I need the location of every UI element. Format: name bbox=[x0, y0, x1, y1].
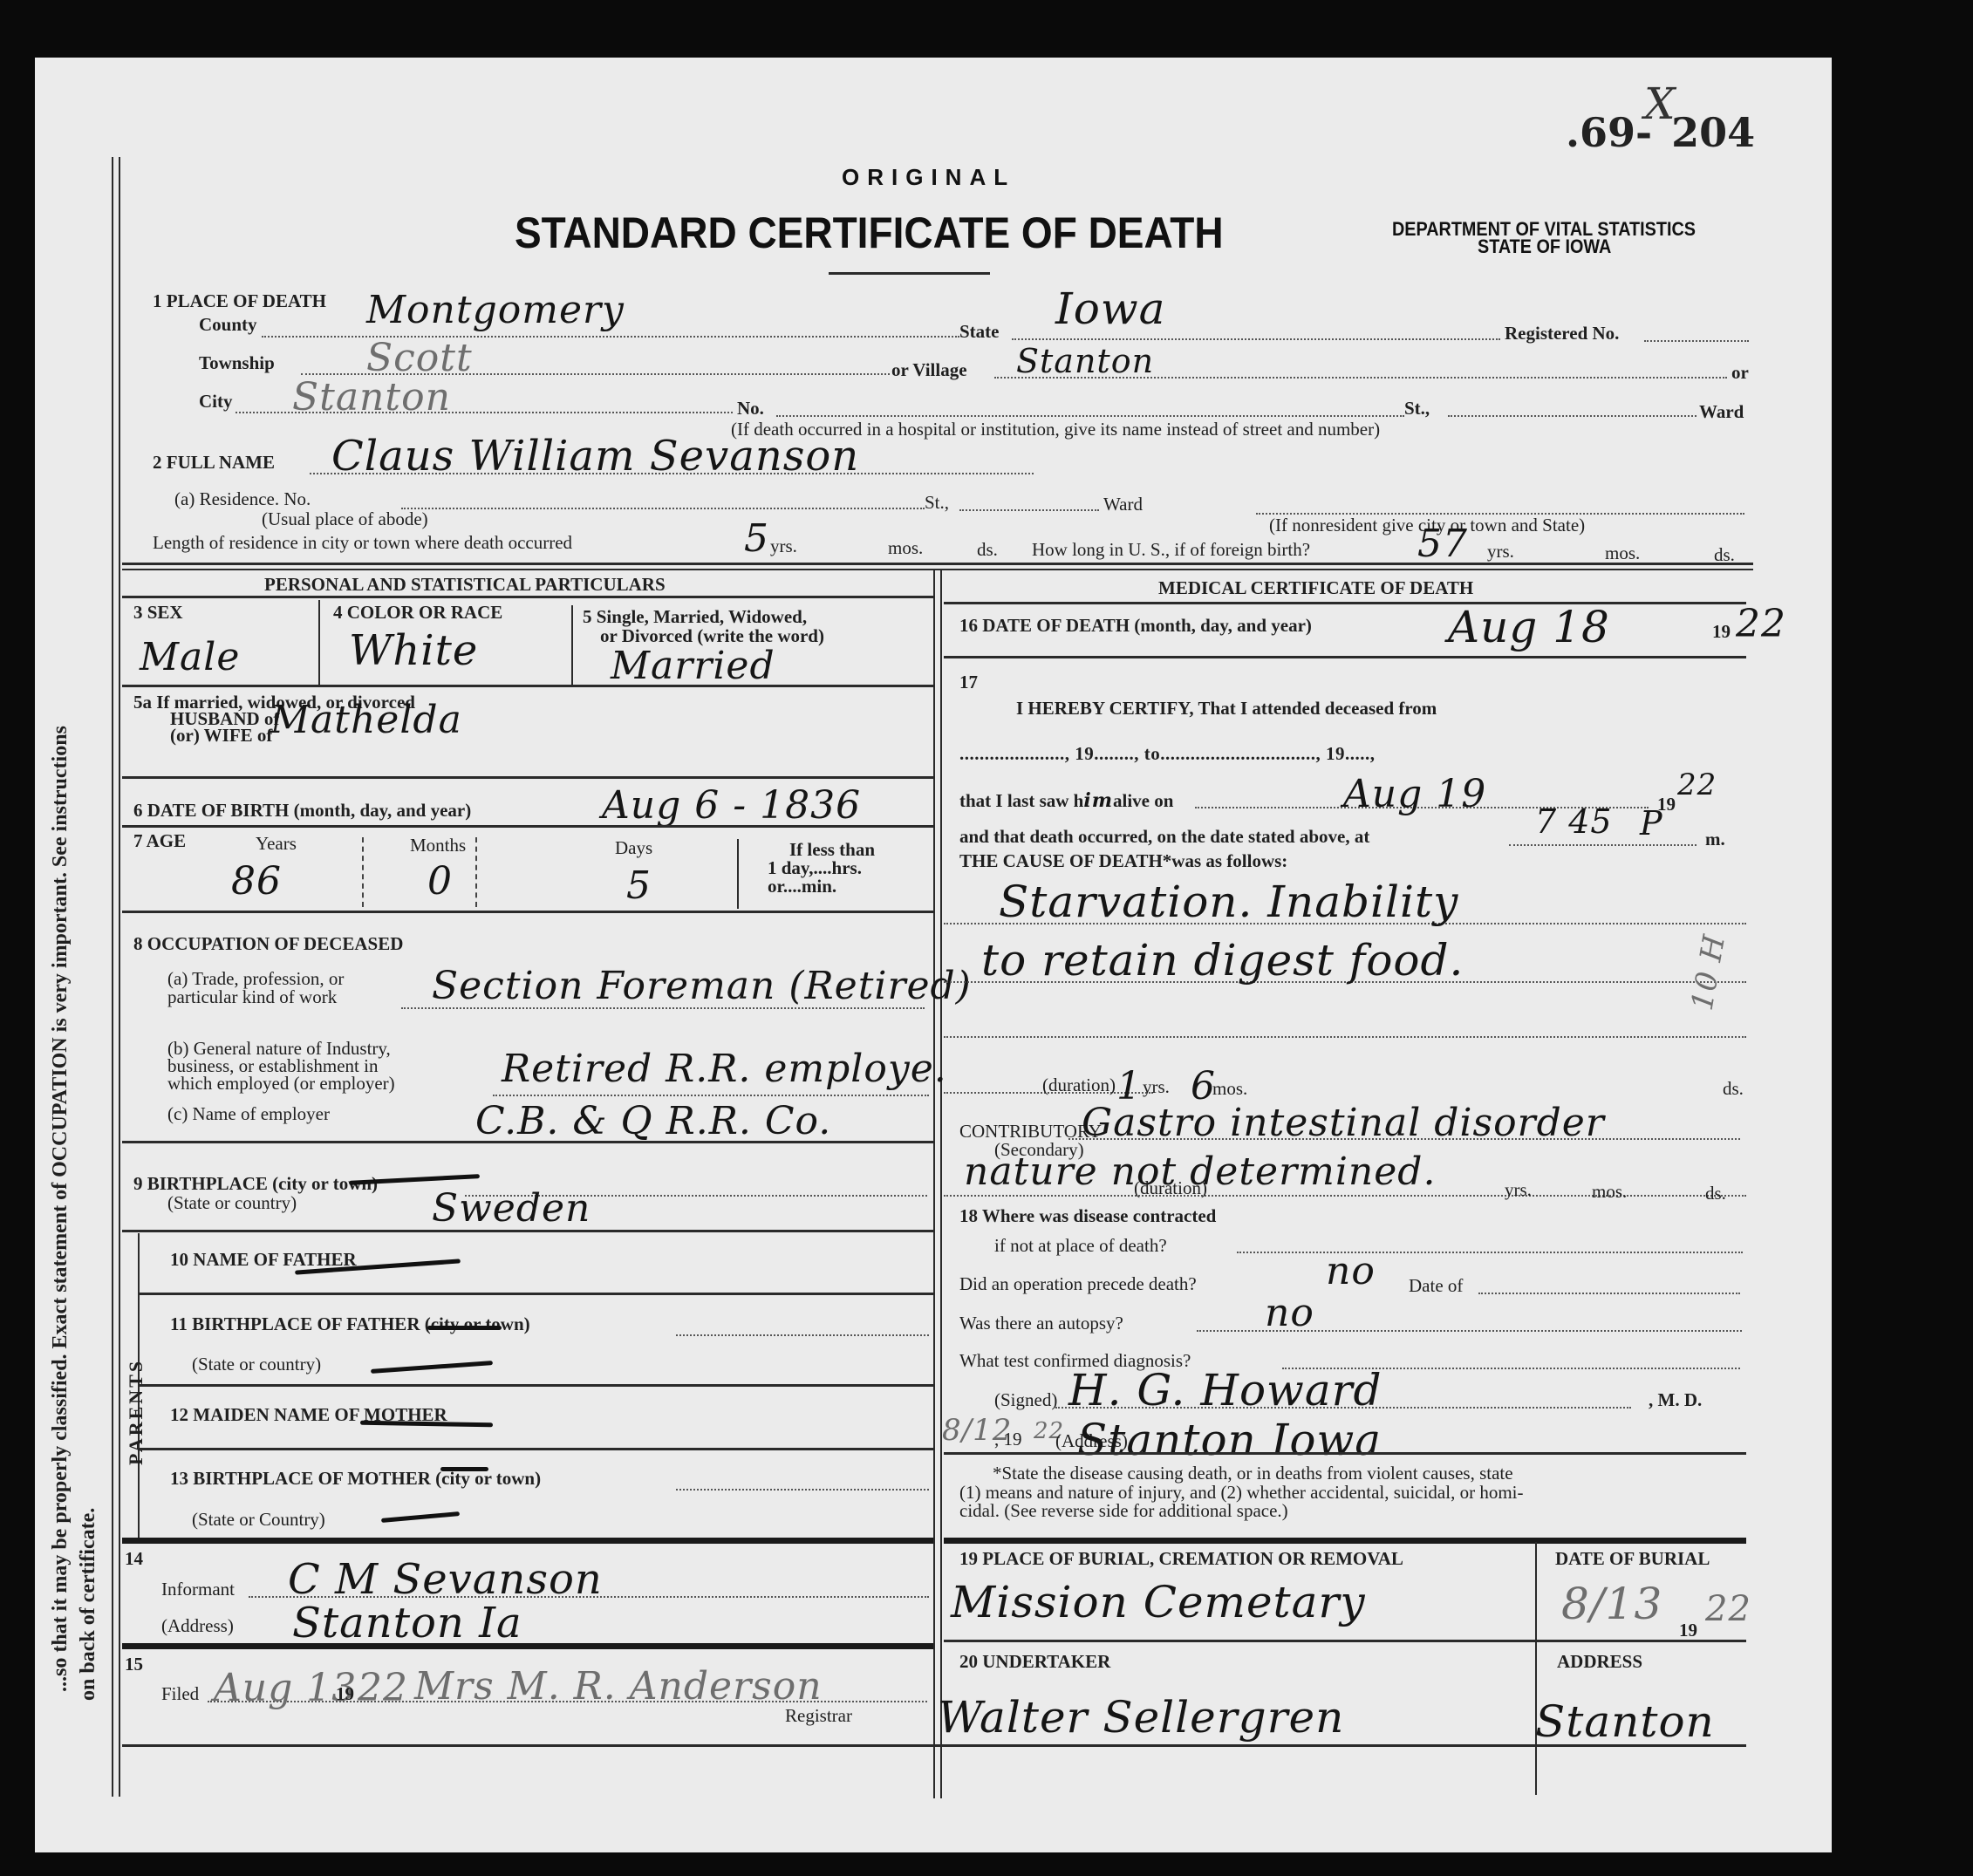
or-label: or bbox=[1731, 362, 1749, 384]
medical-section-title: MEDICAL CERTIFICATE OF DEATH bbox=[1158, 577, 1473, 599]
residence-ward-label: Ward bbox=[1103, 494, 1143, 515]
undertaker-address-label: ADDRESS bbox=[1557, 1651, 1642, 1673]
age-label: 7 AGE bbox=[133, 830, 186, 852]
md-address-rule bbox=[944, 1452, 1746, 1455]
page-title: STANDARD CERTIFICATE OF DEATH bbox=[515, 208, 1224, 258]
full-name-value: Claus William Sevanson bbox=[331, 432, 859, 481]
department-line2: STATE OF IOWA bbox=[1478, 235, 1611, 258]
burial-date-value: 8/13 bbox=[1561, 1579, 1662, 1629]
residence-label: (a) Residence. No. bbox=[174, 488, 311, 510]
burial-rule bbox=[944, 1640, 1746, 1642]
margin-instructions-text-2: on back of certificate. bbox=[77, 1508, 99, 1701]
duration-yrs-label: yrs. bbox=[1143, 1076, 1170, 1098]
cause-value-1: Starvation. Inability bbox=[999, 877, 1458, 927]
informant-number: 14 bbox=[125, 1548, 143, 1570]
secondary-mos-label: mos. bbox=[1592, 1181, 1627, 1203]
attended-dates-line: ....................., 19........, to...… bbox=[959, 743, 1376, 765]
death-time-ampm: P bbox=[1640, 804, 1663, 842]
undertaker-label: 20 UNDERTAKER bbox=[959, 1651, 1110, 1673]
trade-label-2: particular kind of work bbox=[167, 986, 337, 1008]
item-18-label: 18 Where was disease contracted bbox=[959, 1205, 1216, 1227]
father-name-rule bbox=[140, 1293, 933, 1295]
sex-value: Male bbox=[140, 635, 240, 679]
city-value: Stanton bbox=[292, 375, 451, 420]
dob-value: Aug 6 - 1836 bbox=[602, 783, 861, 828]
birthplace-label-2: (State or country) bbox=[167, 1192, 297, 1214]
signed-label: (Signed) bbox=[994, 1389, 1057, 1411]
informant-label: Informant bbox=[161, 1579, 235, 1600]
dod-year: 22 bbox=[1736, 602, 1786, 646]
village-label: or Village bbox=[891, 359, 967, 381]
m-label: m. bbox=[1705, 829, 1725, 850]
alive-on-label: alive on bbox=[1113, 790, 1173, 811]
state-line bbox=[1012, 338, 1500, 340]
age-rule bbox=[122, 911, 933, 913]
operation-date-line bbox=[1478, 1293, 1740, 1294]
spouse-label-3: (or) WIFE of bbox=[170, 725, 272, 747]
cause-line-3 bbox=[944, 1036, 1746, 1038]
dod-value: Aug 18 bbox=[1448, 602, 1610, 652]
filed-label: Filed bbox=[161, 1683, 199, 1705]
state-value: Iowa bbox=[1055, 283, 1165, 334]
duration-ds-label: ds. bbox=[1723, 1078, 1744, 1100]
file-number-mark: X bbox=[1644, 78, 1676, 129]
street-label: St., bbox=[1404, 398, 1430, 420]
registered-no-label: Registered No. bbox=[1505, 323, 1619, 345]
burial-place-value: Mission Cemetary bbox=[951, 1577, 1366, 1627]
personal-section-title: PERSONAL AND STATISTICAL PARTICULARS bbox=[264, 574, 666, 596]
us-mos-label: mos. bbox=[1605, 542, 1640, 564]
informant-value: C M Sevanson bbox=[288, 1555, 603, 1604]
industry-label-3: which employed (or employer) bbox=[167, 1073, 395, 1095]
marital-value: Married bbox=[611, 644, 775, 688]
spouse-value: Mathelda bbox=[270, 698, 462, 742]
center-divider bbox=[933, 569, 935, 1798]
item-18-label-2: if not at place of death? bbox=[994, 1235, 1167, 1257]
race-value: White bbox=[349, 626, 478, 675]
place-of-death-label: 1 PLACE OF DEATH bbox=[153, 290, 326, 312]
burial-divider bbox=[1535, 1542, 1537, 1795]
age-divider-1 bbox=[362, 837, 364, 907]
mother-name-rule bbox=[140, 1448, 933, 1450]
ward-label: Ward bbox=[1699, 401, 1744, 423]
father-birth-line bbox=[676, 1334, 929, 1336]
undertaker-address-value: Stanton bbox=[1535, 1696, 1715, 1747]
secondary-duration-label: (duration) bbox=[1134, 1177, 1207, 1199]
ward-line bbox=[1448, 415, 1697, 417]
age-months-label: Months bbox=[410, 835, 466, 856]
sex-label: 3 SEX bbox=[133, 602, 183, 624]
autopsy-label: Was there an autopsy? bbox=[959, 1313, 1123, 1334]
dod-label: 16 DATE OF DEATH (month, day, and year) bbox=[959, 615, 1312, 637]
residence-line bbox=[401, 508, 925, 509]
autopsy-value: no bbox=[1265, 1291, 1314, 1335]
abode-note: (Usual place of abode) bbox=[262, 508, 428, 530]
filed-year: 22 bbox=[358, 1666, 408, 1710]
industry-value: Retired R.R. employe. bbox=[502, 1047, 947, 1091]
margin-instructions-2: on back of certificate. bbox=[77, 1508, 100, 1701]
title-rule bbox=[829, 272, 990, 275]
length-ds-label: ds. bbox=[977, 539, 998, 561]
informant-address-label: (Address) bbox=[161, 1615, 234, 1637]
undertaker-value: Walter Sellergren bbox=[938, 1692, 1344, 1743]
sex-race-divider bbox=[318, 600, 320, 687]
divider-top-2 bbox=[122, 569, 1753, 570]
age-days-label: Days bbox=[615, 837, 652, 859]
last-saw-pronoun: im bbox=[1083, 789, 1113, 812]
age-years-value: 86 bbox=[231, 859, 282, 904]
father-birth-dash bbox=[427, 1326, 502, 1330]
cause-value-2: to retain digest food. bbox=[981, 935, 1464, 986]
signed-value: H. G. Howard bbox=[1068, 1365, 1382, 1416]
secondary-ds-label: ds. bbox=[1705, 1183, 1726, 1204]
us-yrs-label: yrs. bbox=[1487, 541, 1514, 563]
county-label: County bbox=[199, 314, 257, 336]
duration-label: (duration) bbox=[1042, 1074, 1116, 1096]
burial-place-label: 19 PLACE OF BURIAL, CREMATION OR REMOVAL bbox=[959, 1548, 1403, 1570]
occupation-label: 8 OCCUPATION OF DECEASED bbox=[133, 933, 403, 955]
father-birth-rule bbox=[140, 1384, 933, 1387]
age-divider-3 bbox=[737, 839, 739, 909]
mother-birth-line bbox=[676, 1489, 929, 1491]
burial-year-prefix: 19 bbox=[1679, 1620, 1697, 1641]
father-birth-label: 11 BIRTHPLACE OF FATHER (city or town) bbox=[170, 1313, 530, 1335]
registrar-label: Registrar bbox=[785, 1705, 852, 1727]
dob-label: 6 DATE OF BIRTH (month, day, and year) bbox=[133, 800, 471, 822]
race-marital-divider bbox=[571, 605, 573, 687]
center-divider-2 bbox=[940, 569, 942, 1798]
length-mos-label: mos. bbox=[888, 537, 923, 559]
father-birth-label-2: (State or country) bbox=[192, 1354, 321, 1375]
mother-birth-dash bbox=[440, 1467, 488, 1471]
age-divider-2 bbox=[475, 837, 477, 907]
left-border-inner bbox=[119, 157, 120, 1797]
informant-rule bbox=[122, 1643, 933, 1649]
item-18-line bbox=[1237, 1252, 1743, 1253]
industry-line bbox=[493, 1095, 929, 1096]
original-label: ORIGINAL bbox=[842, 164, 1015, 191]
trade-value: Section Foreman (Retired) bbox=[432, 964, 972, 1008]
dod-year-prefix: 19 bbox=[1712, 621, 1731, 643]
registrar-name: Mrs M. R. Anderson bbox=[414, 1664, 823, 1709]
residence-ward-line bbox=[959, 509, 1099, 511]
residence-st-label: St., bbox=[925, 492, 949, 514]
medical-bottom-rule bbox=[944, 1538, 1746, 1544]
marital-rule bbox=[122, 685, 933, 687]
informant-address-value: Stanton Ia bbox=[292, 1599, 522, 1647]
race-label: 4 COLOR OR RACE bbox=[333, 602, 502, 624]
employer-label: (c) Name of employer bbox=[167, 1103, 330, 1125]
md-label: , M. D. bbox=[1649, 1389, 1702, 1411]
birthplace-value: Sweden bbox=[432, 1186, 591, 1231]
dod-rule bbox=[944, 656, 1746, 658]
mother-birth-label-2: (State or Country) bbox=[192, 1509, 325, 1531]
margin-instructions-text: ...so that it may be properly classified… bbox=[49, 726, 72, 1692]
item-17-number: 17 bbox=[959, 672, 978, 693]
personal-rule bbox=[122, 596, 933, 598]
last-saw-value: Aug 19 bbox=[1343, 772, 1486, 816]
signed-year-prefix: , 19 bbox=[994, 1429, 1022, 1450]
divider-top bbox=[122, 563, 1753, 565]
township-label: Township bbox=[199, 352, 275, 374]
us-residence-years: 57 bbox=[1417, 522, 1468, 566]
burial-year: 22 bbox=[1705, 1589, 1751, 1629]
parents-bottom-rule bbox=[122, 1538, 933, 1544]
full-name-label: 2 FULL NAME bbox=[153, 452, 275, 474]
death-time-value: 7 45 bbox=[1535, 802, 1613, 841]
margin-instructions: ...so that it may be properly classified… bbox=[49, 726, 72, 1692]
less-than-label-3: or....min. bbox=[768, 876, 836, 897]
certify-text: I HEREBY CERTIFY, That I attended deceas… bbox=[1016, 698, 1437, 720]
burial-date-label: DATE OF BURIAL bbox=[1555, 1548, 1710, 1570]
township-value: Scott bbox=[366, 336, 473, 380]
footnote-line-3: cidal. (See reverse side for additional … bbox=[959, 1500, 1288, 1522]
death-time-label: and that death occurred, on the date sta… bbox=[959, 826, 1369, 848]
registered-no-line bbox=[1644, 340, 1749, 342]
file-number-value: 204 bbox=[1671, 109, 1755, 156]
age-years-label: Years bbox=[256, 833, 297, 855]
street-no-label: No. bbox=[737, 398, 764, 420]
length-of-residence-label: Length of residence in city or town wher… bbox=[153, 532, 572, 554]
filed-number: 15 bbox=[125, 1654, 143, 1675]
street-no-line bbox=[776, 415, 1404, 417]
medical-rule bbox=[944, 602, 1746, 604]
duration-mos-label: mos. bbox=[1212, 1078, 1247, 1100]
last-saw-label: that I last saw himalive on bbox=[959, 789, 1173, 812]
operation-value: no bbox=[1326, 1249, 1376, 1293]
operation-label: Did an operation precede death? bbox=[959, 1273, 1197, 1295]
contributory-value-1: Gastro intestinal disorder bbox=[1082, 1101, 1605, 1145]
left-border bbox=[112, 157, 113, 1797]
length-yrs-label: yrs. bbox=[770, 536, 797, 557]
last-saw-year: 22 bbox=[1677, 767, 1717, 802]
state-label: State bbox=[959, 321, 1000, 343]
village-value: Stanton bbox=[1016, 342, 1154, 380]
age-days-value: 5 bbox=[626, 863, 652, 908]
county-value: Montgomery bbox=[366, 288, 625, 332]
birthplace-rule bbox=[122, 1230, 933, 1232]
md-address-value: Stanton Iowa bbox=[1077, 1415, 1382, 1465]
death-time-line bbox=[1509, 844, 1697, 846]
filed-year-prefix: 19 bbox=[336, 1683, 354, 1705]
last-saw-prefix: that I last saw h bbox=[959, 790, 1083, 811]
operation-date-label: Date of bbox=[1409, 1275, 1463, 1297]
us-residence-label: How long in U. S., if of foreign birth? bbox=[1032, 539, 1310, 561]
cause-label: THE CAUSE OF DEATH*was as follows: bbox=[959, 850, 1287, 872]
occupation-rule bbox=[122, 1141, 933, 1143]
dob-rule bbox=[122, 825, 933, 828]
file-number-prefix: .69- bbox=[1566, 109, 1652, 156]
spouse-rule bbox=[122, 776, 933, 779]
secondary-yrs-label: yrs. bbox=[1505, 1179, 1532, 1201]
age-months-value: 0 bbox=[427, 859, 453, 904]
employer-value: C.B. & Q R.R. Co. bbox=[475, 1099, 831, 1143]
form-bottom-rule bbox=[122, 1744, 1746, 1747]
length-of-residence-years: 5 bbox=[744, 516, 769, 561]
city-label: City bbox=[199, 391, 233, 413]
